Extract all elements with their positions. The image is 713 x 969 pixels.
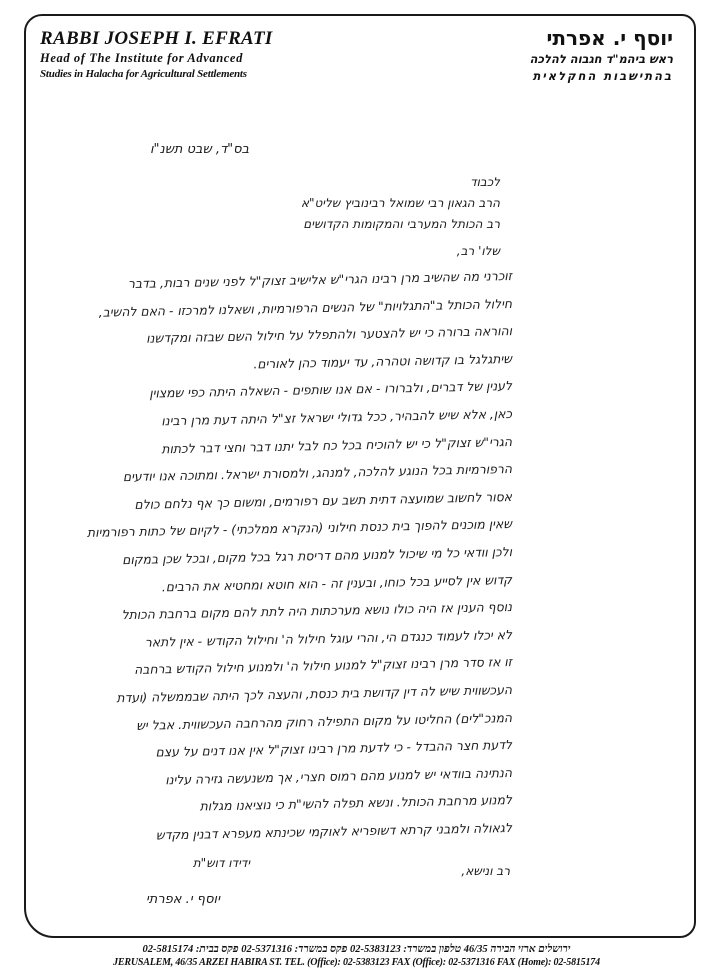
- signature: יוסף י. אפרתי: [80, 892, 220, 907]
- letter-body: זוכרני מה שהשיב מרן רבינו הגרי"ש אלישיב …: [52, 262, 512, 841]
- addressee-title: רב הכותל המערבי והמקומות הקדושים: [270, 214, 500, 235]
- addressee-salutation: לכבוד: [270, 172, 500, 193]
- letterhead-english: RABBI JOSEPH I. EFRATI Head of The Insti…: [40, 28, 273, 80]
- sender-title-hebrew-line1: ראש ביהמ"ד חגבוה להלכה: [530, 52, 673, 66]
- sender-title-hebrew-line2: בהתישבות החקלאית: [530, 69, 673, 83]
- letter-date: בס"ד, שבט תשנ"ו: [150, 142, 249, 157]
- letter-closing: רב ונישא, ידידו דוש"ת: [130, 864, 510, 878]
- sender-name-hebrew: יוסף י. אפרתי: [530, 26, 673, 50]
- sender-title-english-line2: Studies in Halacha for Agricultural Sett…: [40, 68, 273, 80]
- addressee-block: לכבוד הרב הגאון רבי שמואל רבינוביץ שליט"…: [270, 172, 500, 235]
- footer-contact-hebrew: ירושלים ארזי הבירה 46/35 טלפון במשרד: 02…: [0, 944, 713, 955]
- addressee-name: הרב הגאון רבי שמואל רבינוביץ שליט"א: [270, 193, 500, 214]
- closing-line: רב ונישא,: [461, 864, 510, 878]
- footer-contact-english: JERUSALEM, 46/35 ARZEI HABIRA ST. TEL. (…: [0, 957, 713, 968]
- letterhead-hebrew: יוסף י. אפרתי ראש ביהמ"ד חגבוה להלכה בהת…: [530, 26, 673, 83]
- sender-name-english: RABBI JOSEPH I. EFRATI: [40, 28, 273, 50]
- sender-title-english-line1: Head of The Institute for Advanced: [40, 51, 273, 66]
- letter-greeting: שלו' רב,: [440, 244, 500, 258]
- closing-blessing: ידידו דוש"ת: [193, 856, 250, 870]
